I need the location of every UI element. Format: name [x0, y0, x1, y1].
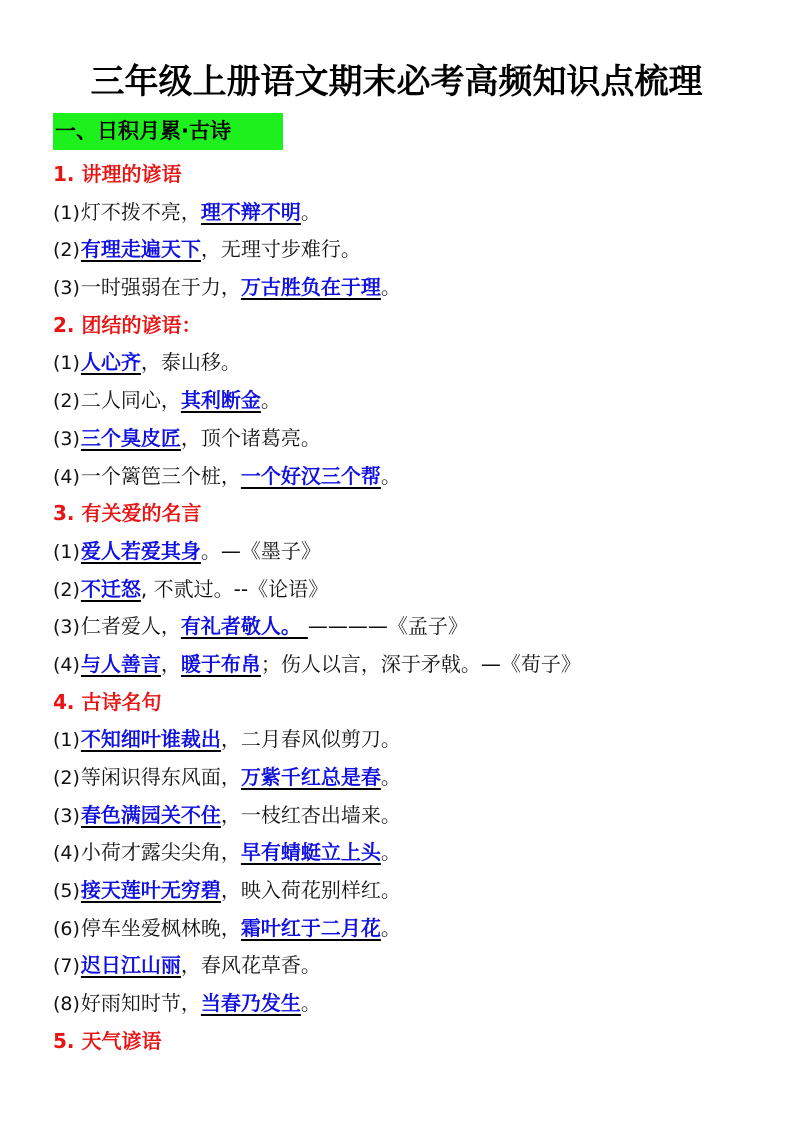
item-number: (2) — [53, 767, 80, 789]
item-text: 好雨知时节， — [81, 991, 201, 1015]
item-text: 。 — [381, 275, 401, 299]
list-item: (4)一个篱笆三个桩，一个好汉三个帮。 — [53, 458, 773, 496]
list-item: (1)爱人若爱其身。—《墨子》 — [53, 533, 773, 571]
item-number: (2) — [53, 239, 80, 261]
item-text: ，顶个诸葛亮。 — [181, 426, 321, 450]
list-item: (8)好雨知时节，当春乃发生。 — [53, 985, 773, 1023]
answer-text: 理不辩不明 — [201, 200, 301, 224]
item-number: (2) — [53, 579, 80, 601]
answer-text: 早有蜻蜓立上头 — [241, 840, 381, 864]
list-item: (2)有理走遍天下，无理寸步难行。 — [53, 231, 773, 269]
item-text: 。 — [301, 991, 321, 1015]
answer-text: 三个臭皮匠 — [81, 426, 181, 450]
item-text: 。 — [381, 765, 401, 789]
answer-text: 春色满园关不住 — [81, 803, 221, 827]
item-text: 一个篱笆三个桩， — [81, 464, 241, 488]
subheading: 1. 讲理的谚语 — [53, 156, 773, 194]
list-item: (2)二人同心，其利断金。 — [53, 382, 773, 420]
item-text: ， — [161, 652, 181, 676]
item-text: 等闲识得东风面， — [81, 765, 241, 789]
item-number: (1) — [53, 541, 80, 563]
item-text: ，映入荷花别样红。 — [221, 878, 401, 902]
answer-text: 万紫千红总是春 — [241, 765, 381, 789]
item-text: 。 — [381, 464, 401, 488]
item-number: (1) — [53, 729, 80, 751]
answer-text: 人心齐 — [81, 350, 141, 374]
subheading: 2. 团结的谚语： — [53, 307, 773, 345]
item-text: , 不贰过。--《论语》 — [141, 577, 328, 601]
list-item: (2)等闲识得东风面，万紫千红总是春。 — [53, 759, 773, 797]
answer-text: 当春乃发生 — [201, 991, 301, 1015]
list-item: (3)三个臭皮匠，顶个诸葛亮。 — [53, 420, 773, 458]
item-number: (3) — [53, 277, 80, 299]
item-number: (8) — [53, 993, 80, 1015]
item-text: 仁者爱人， — [81, 614, 181, 638]
item-text: ，泰山移。 — [141, 350, 241, 374]
item-number: (3) — [53, 428, 80, 450]
page-title: 三年级上册语文期末必考高频知识点梳理 — [0, 54, 793, 103]
item-text: ，二月春风似剪刀。 — [221, 727, 401, 751]
answer-text: 暖于布帛 — [181, 652, 261, 676]
item-text: ，一枝红杏出墙来。 — [221, 803, 401, 827]
subheading: 4. 古诗名句 — [53, 684, 773, 722]
answer-text: 与人善言 — [81, 652, 161, 676]
answer-text: 霜叶红于二月花 — [241, 916, 381, 940]
list-item: (7)迟日江山丽，春风花草香。 — [53, 947, 773, 985]
document-body: 1. 讲理的谚语(1)灯不拨不亮，理不辩不明。(2)有理走遍天下，无理寸步难行。… — [53, 156, 773, 1061]
item-number: (1) — [53, 352, 80, 374]
list-item: (3)仁者爱人，有礼者敬人。 ————《孟子》 — [53, 608, 773, 646]
item-text: 。 — [381, 916, 401, 940]
item-text: 一时强弱在于力， — [81, 275, 241, 299]
item-number: (2) — [53, 390, 80, 412]
item-number: (4) — [53, 654, 80, 676]
item-text: 。 — [301, 200, 321, 224]
item-number: (5) — [53, 880, 80, 902]
item-text: 小荷才露尖尖角， — [81, 840, 241, 864]
answer-text: 不迁怒 — [81, 577, 141, 601]
item-number: (4) — [53, 466, 80, 488]
item-number: (3) — [53, 616, 80, 638]
subheading: 5. 天气谚语 — [53, 1023, 773, 1061]
answer-text: 万古胜负在于理 — [241, 275, 381, 299]
item-text: ，无理寸步难行。 — [201, 237, 361, 261]
list-item: (1)灯不拨不亮，理不辩不明。 — [53, 194, 773, 232]
item-text: 灯不拨不亮， — [81, 200, 201, 224]
list-item: (1)不知细叶谁裁出，二月春风似剪刀。 — [53, 721, 773, 759]
item-text: 二人同心， — [81, 388, 181, 412]
item-number: (6) — [53, 918, 80, 940]
item-text: 停车坐爱枫林晚， — [81, 916, 241, 940]
answer-text: 有理走遍天下 — [81, 237, 201, 261]
subheading: 3. 有关爱的名言 — [53, 495, 773, 533]
list-item: (5)接天莲叶无穷碧，映入荷花别样红。 — [53, 872, 773, 910]
answer-text: 一个好汉三个帮 — [241, 464, 381, 488]
item-text: ；伤人以言，深于矛戟。—《荀子》 — [261, 652, 581, 676]
list-item: (4)与人善言，暖于布帛；伤人以言，深于矛戟。—《荀子》 — [53, 646, 773, 684]
item-number: (4) — [53, 842, 80, 864]
item-text: ————《孟子》 — [308, 614, 468, 638]
answer-text: 迟日江山丽 — [81, 953, 181, 977]
list-item: (3)春色满园关不住，一枝红杏出墙来。 — [53, 797, 773, 835]
item-text: ，春风花草香。 — [181, 953, 321, 977]
answer-text: 有礼者敬人。 — [181, 614, 308, 638]
list-item: (4)小荷才露尖尖角，早有蜻蜓立上头。 — [53, 834, 773, 872]
list-item: (2)不迁怒, 不贰过。--《论语》 — [53, 571, 773, 609]
answer-text: 爱人若爱其身 — [81, 539, 201, 563]
answer-text: 其利断金 — [181, 388, 261, 412]
list-item: (6)停车坐爱枫林晚，霜叶红于二月花。 — [53, 910, 773, 948]
item-number: (7) — [53, 955, 80, 977]
list-item: (1)人心齐，泰山移。 — [53, 344, 773, 382]
item-number: (3) — [53, 805, 80, 827]
item-text: 。 — [261, 388, 281, 412]
list-item: (3)一时强弱在于力，万古胜负在于理。 — [53, 269, 773, 307]
item-number: (1) — [53, 202, 80, 224]
item-text: 。—《墨子》 — [201, 539, 321, 563]
item-text: 。 — [381, 840, 401, 864]
answer-text: 接天莲叶无穷碧 — [81, 878, 221, 902]
section-heading: 一、日积月累·古诗 — [53, 113, 283, 150]
answer-text: 不知细叶谁裁出 — [81, 727, 221, 751]
